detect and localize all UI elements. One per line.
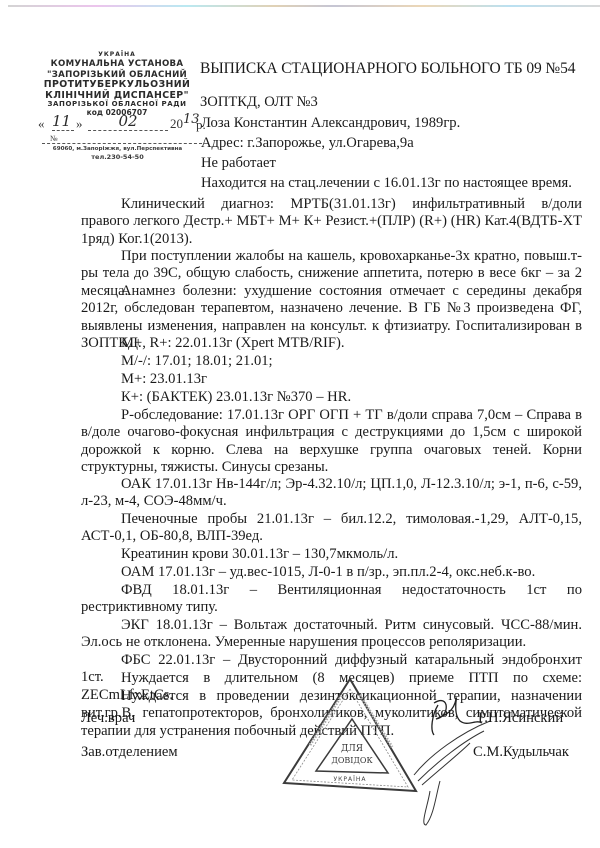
paragraph-smear-neg: М/-/: 17.01; 18.01; 21.01; [81, 353, 582, 370]
paragraph-xpert: М+, R+: 22.01.13г (Xpert MTB/RIF). [81, 335, 582, 352]
paragraph-blood-test: ОАК 17.01.13г Нв-144г/л; Эр-4.32.10/л; Ц… [81, 476, 582, 511]
department-head-label: Зав.отделением [81, 744, 178, 761]
stamp-org-line1: КОМУНАЛЬНА УСТАНОВА [32, 60, 202, 69]
paragraph-urine-test: ОАМ 17.01.13г – уд.вес-1015, Л-0-1 в п/з… [81, 564, 582, 581]
institution-name: ЗОПТКД, ОЛТ №3 [200, 94, 318, 111]
stamp-date-month: 02 [88, 112, 168, 131]
hospital-stay: Находится на стац.лечении с 16.01.13г по… [201, 175, 572, 192]
stamp-address-street: 69060, м.Запоріжжя, вул.Перспективна [30, 146, 205, 153]
stamp-org-line5: ЗАПОРІЗЬКОЇ ОБЛАСНОЇ РАДИ [32, 101, 202, 108]
paragraph-culture: К+: (БАКТЕК) 23.01.13г №370 – HR. [81, 389, 582, 406]
scan-edge-line [8, 5, 600, 7]
stamp-date: « 11 » 02 20 13 р. [38, 116, 203, 132]
stamp-text-bottom: УКРАЇНА [333, 776, 366, 783]
stamp-org-line2: "ЗАПОРІЗЬКИЙ ОБЛАСНИЙ [32, 71, 202, 80]
paragraph-diagnosis: Клинический диагноз: МРТБ(31.01.13г) инф… [81, 196, 582, 248]
stamp-phone: тел.230-54-50 [30, 153, 205, 161]
institution-stamp: УКРАЇНА КОМУНАЛЬНА УСТАНОВА "ЗАПОРІЗЬКИЙ… [32, 52, 202, 117]
stamp-date-year-prefix: 20 [170, 116, 183, 132]
attending-doctor-name: Р.Н.Ясинский [478, 710, 563, 727]
stamp-text-line1: ДЛЯ [341, 744, 363, 754]
stamp-date-day: 11 [52, 112, 74, 131]
document-title: ВЫПИСКА СТАЦИОНАРНОГО БОЛЬНОГО ТБ 09 №54 [200, 60, 575, 77]
paragraph-xray: Р-обследование: 17.01.13г ОРГ ОГП + ТГ в… [81, 407, 582, 477]
paragraph-creatinine: Креатинин крови 30.01.13г – 130,7мкмоль/… [81, 546, 582, 563]
stamp-country: УКРАЇНА [32, 52, 202, 58]
paragraph-ecg: ЭКГ 18.01.13г – Вольтаж достаточный. Рит… [81, 617, 582, 652]
stamp-text-line2: ДОВІДОК [331, 756, 373, 765]
department-head-name: С.М.Кудыльчак [473, 744, 569, 761]
paragraph-spirometry: ФВД 18.01.13г – Вентиляционная недостато… [81, 582, 582, 617]
patient-employment: Не работает [201, 155, 276, 172]
stamp-org-line3: ПРОТИТУБЕРКУЛЬОЗНИЙ [32, 80, 202, 89]
stamp-number-line: № [42, 134, 202, 144]
stamp-number-label: № [50, 134, 58, 143]
stamp-address: 69060, м.Запоріжжя, вул.Перспективна тел… [30, 146, 205, 162]
patient-name: Лоза Константин Александрович, 1989гр. [201, 115, 460, 132]
stamp-org-line4: КЛІНІЧНИЙ ДИСПАНСЕР" [32, 91, 202, 100]
paragraph-smear-pos: М+: 23.01.13г [81, 371, 582, 388]
patient-address: Адрес: г.Запорожье, ул.Огарева,9а [201, 135, 414, 152]
attending-doctor-label: Леч.врач [81, 710, 135, 727]
triangle-stamp: ДЛЯ ДОВІДОК УКРАЇНА [280, 675, 420, 805]
paragraph-liver-tests: Печеночные пробы 21.01.13г – бил.12.2, т… [81, 511, 582, 546]
